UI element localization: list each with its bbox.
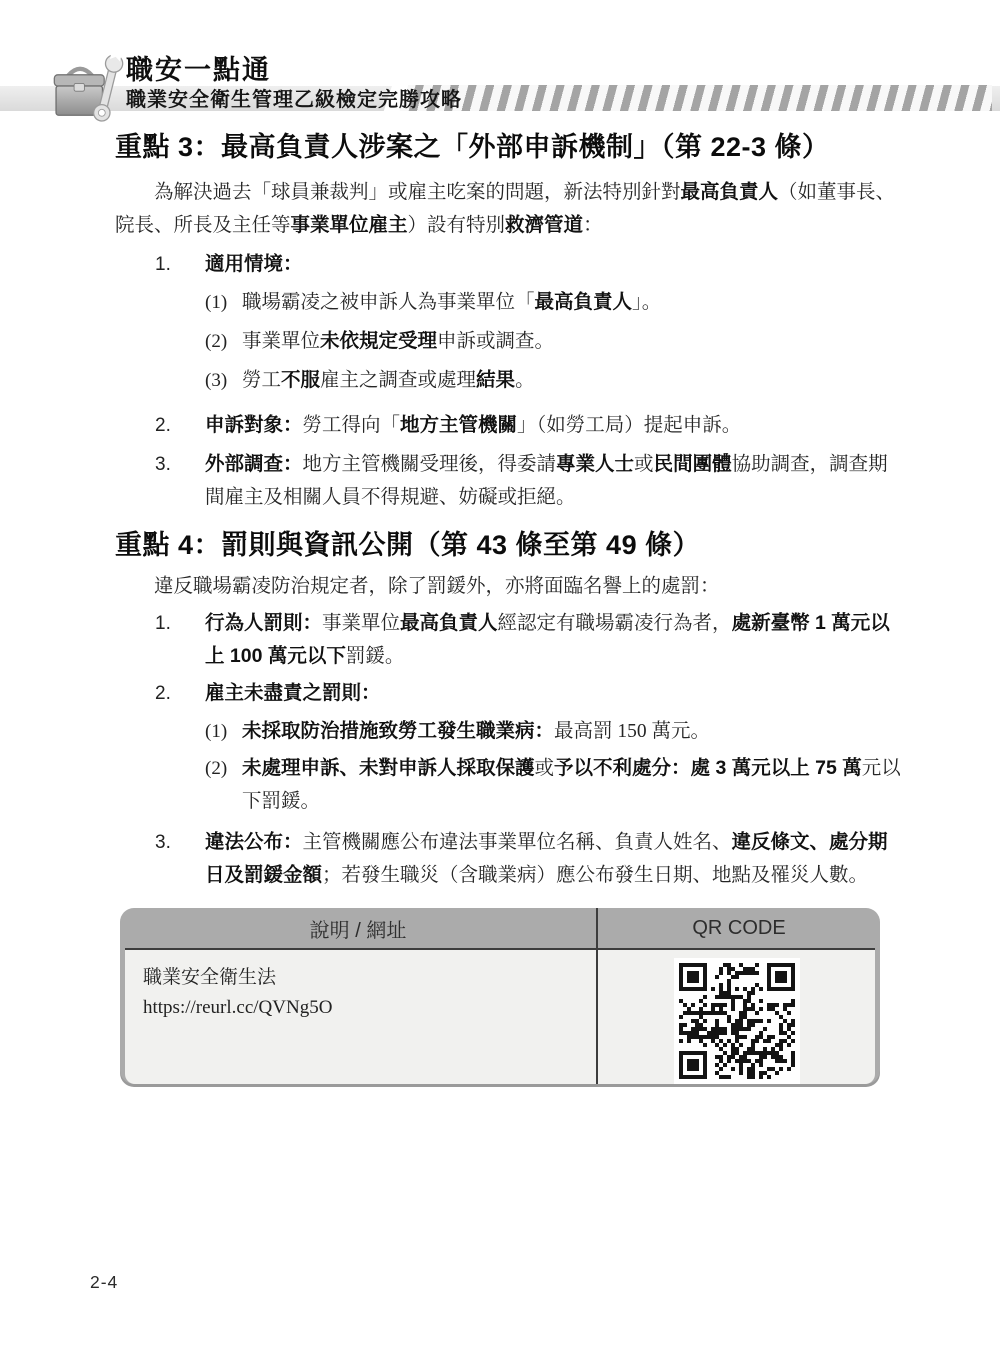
book-page: 職安一點通 職業安全衛生管理乙級檢定完勝攻略 重點 3：最高負責人涉案之「外部申…	[0, 0, 1000, 1357]
table-header-cell-qr: QR CODE	[598, 908, 880, 948]
item-number: (3)	[205, 364, 242, 397]
sub-list-item: (3) 勞工不服雇主之調查或處理結果。	[205, 364, 907, 397]
section-4-list: 1. 行為人罰則：事業單位最高負責人經認定有職場霸凌行為者，處新臺幣 1 萬元以…	[155, 607, 907, 892]
list-item: 2. 申訴對象：勞工得向「地方主管機關」（如勞工局）提起申訴。	[155, 409, 907, 442]
item-text: 勞工不服雇主之調查或處理結果。	[242, 364, 907, 397]
item-number: (2)	[205, 325, 242, 358]
list-item: 3. 違法公布：主管機關應公布違法事業單位名稱、負責人姓名、違反條文、處分期日及…	[155, 826, 907, 892]
item-label: 適用情境：	[205, 248, 907, 281]
law-url-text: https://reurl.cc/QVNg5O	[143, 997, 578, 1019]
table-header-cell-description: 說明 / 網址	[120, 908, 598, 948]
item-number: 1.	[155, 607, 205, 673]
list-item: 1. 行為人罰則：事業單位最高負責人經認定有職場霸凌行為者，處新臺幣 1 萬元以…	[155, 607, 907, 673]
item-number: (2)	[205, 752, 242, 818]
law-title-text: 職業安全衛生法	[143, 962, 578, 989]
item-number: (1)	[205, 286, 242, 319]
item-number: 2.	[155, 677, 205, 822]
item-number: 2.	[155, 409, 205, 442]
sub-list-item: (2) 事業單位未依規定受理申訴或調查。	[205, 325, 907, 358]
item-text: 未採取防治措施致勞工發生職業病：最高罰 150 萬元。	[242, 715, 907, 748]
list-item: 2. 雇主未盡責之罰則： (1) 未採取防治措施致勞工發生職業病：最高罰 150…	[155, 677, 907, 822]
sub-list-item: (1) 職場霸凌之被申訴人為事業單位「最高負責人」。	[205, 286, 907, 319]
section-3-intro: 為解決過去「球員兼裁判」或雇主吃案的問題，新法特別針對最高負責人（如董事長、院長…	[115, 176, 907, 242]
item-text: 事業單位未依規定受理申訴或調查。	[242, 325, 907, 358]
list-item: 1. 適用情境： (1) 職場霸凌之被申訴人為事業單位「最高負責人」。 (2) …	[155, 248, 907, 403]
item-number: 3.	[155, 448, 205, 514]
item-text: 申訴對象：勞工得向「地方主管機關」（如勞工局）提起申訴。	[205, 409, 907, 442]
item-text: 適用情境： (1) 職場霸凌之被申訴人為事業單位「最高負責人」。 (2) 事業單…	[205, 248, 907, 403]
section-4-intro: 違反職場霸凌防治規定者，除了罰鍰外，亦將面臨名譽上的處罰：	[115, 570, 907, 603]
item-text: 違法公布：主管機關應公布違法事業單位名稱、負責人姓名、違反條文、處分期日及罰鍰金…	[205, 826, 907, 892]
hazard-stripes-decoration	[398, 85, 992, 111]
sub-list: (1) 未採取防治措施致勞工發生職業病：最高罰 150 萬元。 (2) 未處理申…	[205, 715, 907, 818]
book-subtitle: 職業安全衛生管理乙級檢定完勝攻略	[126, 83, 462, 112]
section-heading-3: 重點 3：最高負責人涉案之「外部申訴機制」（第 22-3 條）	[115, 130, 907, 164]
item-text: 行為人罰則：事業單位最高負責人經認定有職場霸凌行為者，處新臺幣 1 萬元以上 1…	[205, 607, 907, 673]
item-text: 職場霸凌之被申訴人為事業單位「最高負責人」。	[242, 286, 907, 319]
sub-list: (1) 職場霸凌之被申訴人為事業單位「最高負責人」。 (2) 事業單位未依規定受…	[205, 286, 907, 397]
qr-code-image	[674, 958, 800, 1084]
toolbox-wrench-icon	[44, 48, 130, 130]
item-text: 雇主未盡責之罰則： (1) 未採取防治措施致勞工發生職業病：最高罰 150 萬元…	[205, 677, 907, 822]
info-table-row: 職業安全衛生法 https://reurl.cc/QVNg5O	[125, 948, 875, 1084]
item-number: (1)	[205, 715, 242, 748]
info-table-header: 說明 / 網址 QR CODE	[120, 908, 880, 948]
item-number: 1.	[155, 248, 205, 403]
section-heading-4: 重點 4：罰則與資訊公開（第 43 條至第 49 條）	[115, 528, 907, 562]
sub-list-item: (1) 未採取防治措施致勞工發生職業病：最高罰 150 萬元。	[205, 715, 907, 748]
book-series-title: 職安一點通	[126, 48, 271, 87]
sub-list-item: (2) 未處理申訴、未對申訴人採取保護或予以不利處分：處 3 萬元以上 75 萬…	[205, 752, 907, 818]
table-cell-qr	[598, 950, 875, 1084]
page-number: 2-4	[90, 1272, 118, 1293]
item-text: 外部調查：地方主管機關受理後，得委請專業人士或民間團體協助調查，調查期間雇主及相…	[205, 448, 907, 514]
list-item: 3. 外部調查：地方主管機關受理後，得委請專業人士或民間團體協助調查，調查期間雇…	[155, 448, 907, 514]
item-label: 雇主未盡責之罰則：	[205, 677, 907, 710]
item-number: 3.	[155, 826, 205, 892]
table-cell-description: 職業安全衛生法 https://reurl.cc/QVNg5O	[125, 950, 598, 1084]
info-table: 說明 / 網址 QR CODE 職業安全衛生法 https://reurl.cc…	[120, 908, 880, 1084]
item-text: 未處理申訴、未對申訴人採取保護或予以不利處分：處 3 萬元以上 75 萬元以下罰…	[242, 752, 907, 818]
page-content: 重點 3：最高負責人涉案之「外部申訴機制」（第 22-3 條） 為解決過去「球員…	[115, 126, 907, 1089]
section-3-list: 1. 適用情境： (1) 職場霸凌之被申訴人為事業單位「最高負責人」。 (2) …	[155, 248, 907, 514]
